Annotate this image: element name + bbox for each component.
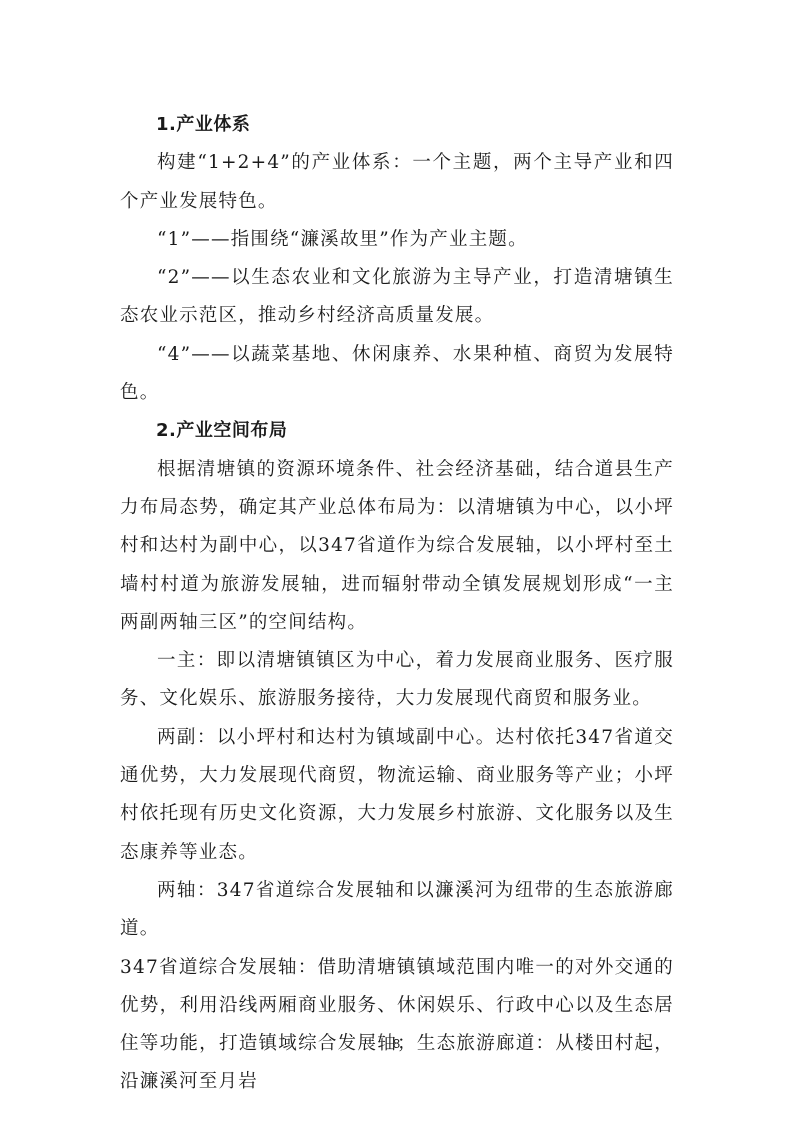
paragraph: 根据清塘镇的资源环境条件、社会经济基础，结合道县生产力布局态势，确定其产业总体布…: [120, 451, 674, 642]
paragraph: 两轴：347省道综合发展轴和以濂溪河为纽带的生态旅游廊道。: [120, 872, 674, 949]
paragraph: 347省道综合发展轴：借助清塘镇镇域范围内唯一的对外交通的优势，利用沿线两厢商业…: [120, 949, 674, 1102]
paragraph: “1”——指围绕“濂溪故里”作为产业主题。: [120, 221, 674, 259]
section-heading: 1.产业体系: [120, 106, 674, 144]
paragraph: 一主：即以清塘镇镇区为中心，着力发展商业服务、医疗服务、文化娱乐、旅游服务接待，…: [120, 642, 674, 719]
paragraph: “4”——以蔬菜基地、休闲康养、水果种植、商贸为发展特色。: [120, 336, 674, 413]
section-industry-system: 1.产业体系 构建“1+2+4”的产业体系：一个主题，两个主导产业和四个产业发展…: [120, 106, 674, 412]
document-page-body: 1.产业体系 构建“1+2+4”的产业体系：一个主题，两个主导产业和四个产业发展…: [120, 106, 674, 1102]
paragraph: 构建“1+2+4”的产业体系：一个主题，两个主导产业和四个产业发展特色。: [120, 144, 674, 221]
section-heading: 2.产业空间布局: [120, 412, 674, 450]
section-industry-spatial-layout: 2.产业空间布局 根据清塘镇的资源环境条件、社会经济基础，结合道县生产力布局态势…: [120, 412, 674, 1101]
page-number: 8: [0, 1036, 793, 1051]
paragraph: “2”——以生态农业和文化旅游为主导产业，打造清塘镇生态农业示范区，推动乡村经济…: [120, 259, 674, 336]
paragraph: 两副：以小坪村和达村为镇域副中心。达村依托347省道交通优势，大力发展现代商贸，…: [120, 719, 674, 872]
